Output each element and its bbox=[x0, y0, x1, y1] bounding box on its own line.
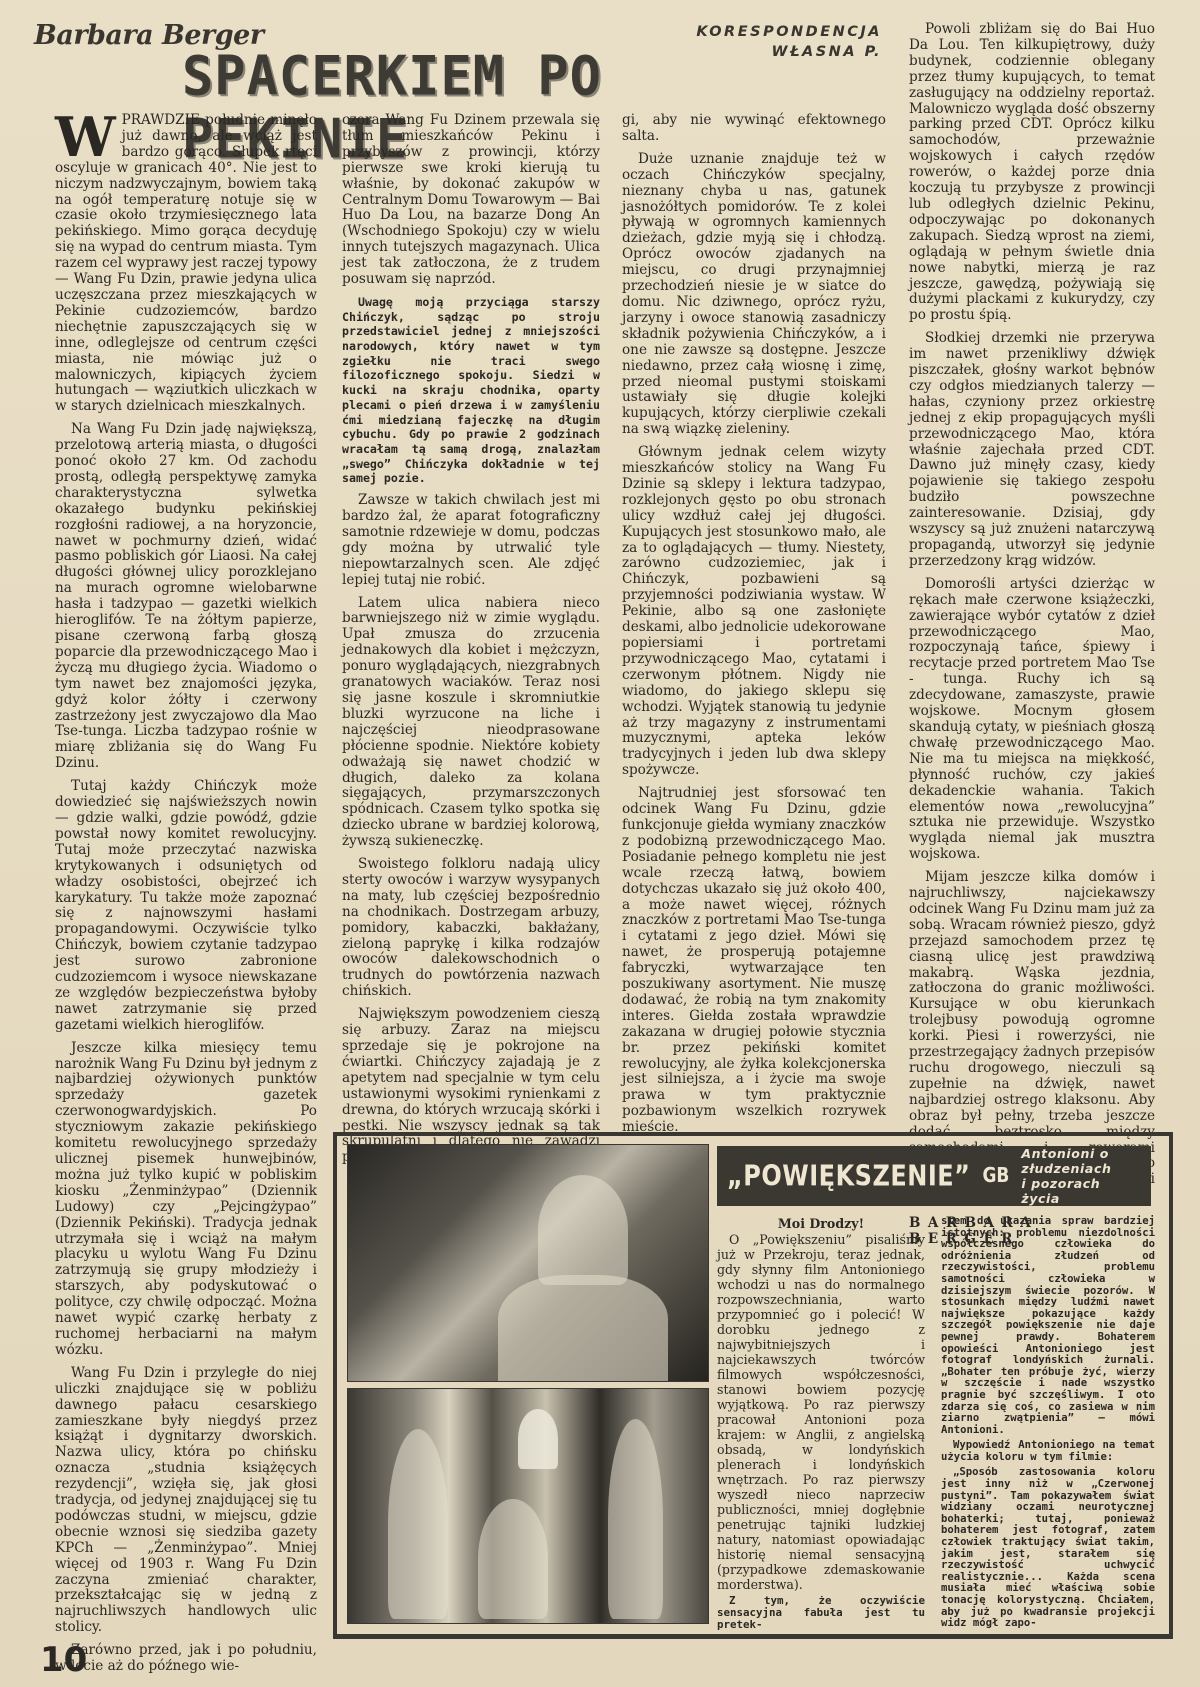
article-column-4: Powoli zbliżam się do Bai Huo Da Lou. Te… bbox=[909, 22, 1155, 1248]
model-figure-shape bbox=[608, 1419, 663, 1619]
film-still-photographer-image bbox=[347, 1144, 709, 1382]
article-column-3: gi, aby nie wywinąć efektownego salta. D… bbox=[622, 113, 886, 1143]
article-paragraph: Na Wang Fu Dzin jadę największą, przelot… bbox=[55, 422, 317, 772]
article-paragraph: Duże uznanie znajduje też w oczach Chińc… bbox=[622, 152, 886, 438]
article-column-2: czora Wang Fu Dzinem przewala się tłum m… bbox=[342, 113, 600, 1173]
film-still-models-image bbox=[347, 1388, 709, 1624]
model-figure-shape bbox=[478, 1499, 548, 1619]
film-title-bar: „POWIĘKSZENIE” GB Antonioni o złudzeniac… bbox=[717, 1146, 1151, 1206]
article-paragraph: WPRAWDZIE południe minęło już dawno, ale… bbox=[55, 113, 317, 415]
article-paragraph: Latem ulica nabiera nieco barwniejszego … bbox=[342, 596, 600, 851]
article-paragraph: Słodkiej drzemki nie przerywa im nawet p… bbox=[909, 331, 1155, 570]
article-paragraph: Zarówno przed, jak i po południu, w leci… bbox=[55, 1643, 317, 1675]
article-paragraph: Swoistego folkloru nadają ulicy sterty o… bbox=[342, 857, 600, 1000]
portrait-figure-shape bbox=[538, 1175, 628, 1285]
article-paragraph: Domorośli artyści dzierżąc w rękach małe… bbox=[909, 577, 1155, 863]
article-paragraph: Najtrudniej jest sforsować ten odcinek W… bbox=[622, 786, 886, 1136]
newspaper-page: Barbara Berger KORESPONDENCJA WŁASNA P. … bbox=[0, 0, 1200, 1687]
kicker-line-1: KORESPONDENCJA bbox=[696, 22, 882, 42]
article-paragraph: czora Wang Fu Dzinem przewala się tłum m… bbox=[342, 113, 600, 288]
article-paragraph: Jeszcze kilka miesięcy temu narożnik Wan… bbox=[55, 1041, 317, 1359]
film-title: „POWIĘKSZENIE” bbox=[727, 1159, 970, 1193]
review-paragraph: Z tym, że oczywiście sensacyjna fabuła j… bbox=[717, 1595, 925, 1631]
review-paragraph: „Sposób zastosowania koloru jest inny ni… bbox=[941, 1467, 1155, 1629]
article-paragraph: Powoli zbliżam się do Bai Huo Da Lou. Te… bbox=[909, 22, 1155, 324]
film-review-column-1: Moi Drodzy! O „Powiększeniu” pisaliśmy j… bbox=[717, 1216, 925, 1634]
model-figure-shape bbox=[518, 1409, 558, 1469]
model-figure-shape bbox=[388, 1429, 448, 1619]
review-paragraph: stem do ukazania spraw bardziej istotnyc… bbox=[941, 1216, 1155, 1436]
article-paragraph: Zawsze w takich chwilach jest mi bardzo … bbox=[342, 493, 600, 588]
film-review-column-2: stem do ukazania spraw bardziej istotnyc… bbox=[941, 1216, 1155, 1634]
drop-cap: W bbox=[55, 115, 116, 159]
shirt-figure-shape bbox=[498, 1275, 668, 1382]
article-paragraph: Wang Fu Dzin i przyległe do niej uliczki… bbox=[55, 1366, 317, 1636]
review-paragraph: Wypowiedź Antonioniego na temat użycia k… bbox=[941, 1440, 1155, 1463]
film-country: GB bbox=[982, 1164, 1009, 1188]
article-paragraph: Tutaj każdy Chińczyk może dowiedzieć się… bbox=[55, 779, 317, 1034]
article-paragraph: gi, aby nie wywinąć efektownego salta. bbox=[622, 113, 886, 145]
article-column-1: WPRAWDZIE południe minęło już dawno, ale… bbox=[55, 113, 317, 1682]
subtitle-line-2: i pozorach życia bbox=[1021, 1176, 1100, 1206]
film-subtitle: Antonioni o złudzeniach i pozorach życia bbox=[1021, 1146, 1141, 1206]
review-paragraph: O „Powiększeniu” pisaliśmy już w Przekro… bbox=[717, 1232, 925, 1592]
article-paragraph: Głównym jednak celem wizyty mieszkańców … bbox=[622, 445, 886, 779]
film-review-box: „POWIĘKSZENIE” GB Antonioni o złudzeniac… bbox=[333, 1132, 1173, 1639]
article-aside-paragraph: Uwagę moją przyciąga starszy Chińczyk, s… bbox=[342, 295, 600, 486]
page-number: 10 bbox=[40, 1640, 87, 1680]
subtitle-line-1: Antonioni o złudzeniach bbox=[1021, 1146, 1111, 1176]
salutation: Moi Drodzy! bbox=[717, 1216, 925, 1231]
